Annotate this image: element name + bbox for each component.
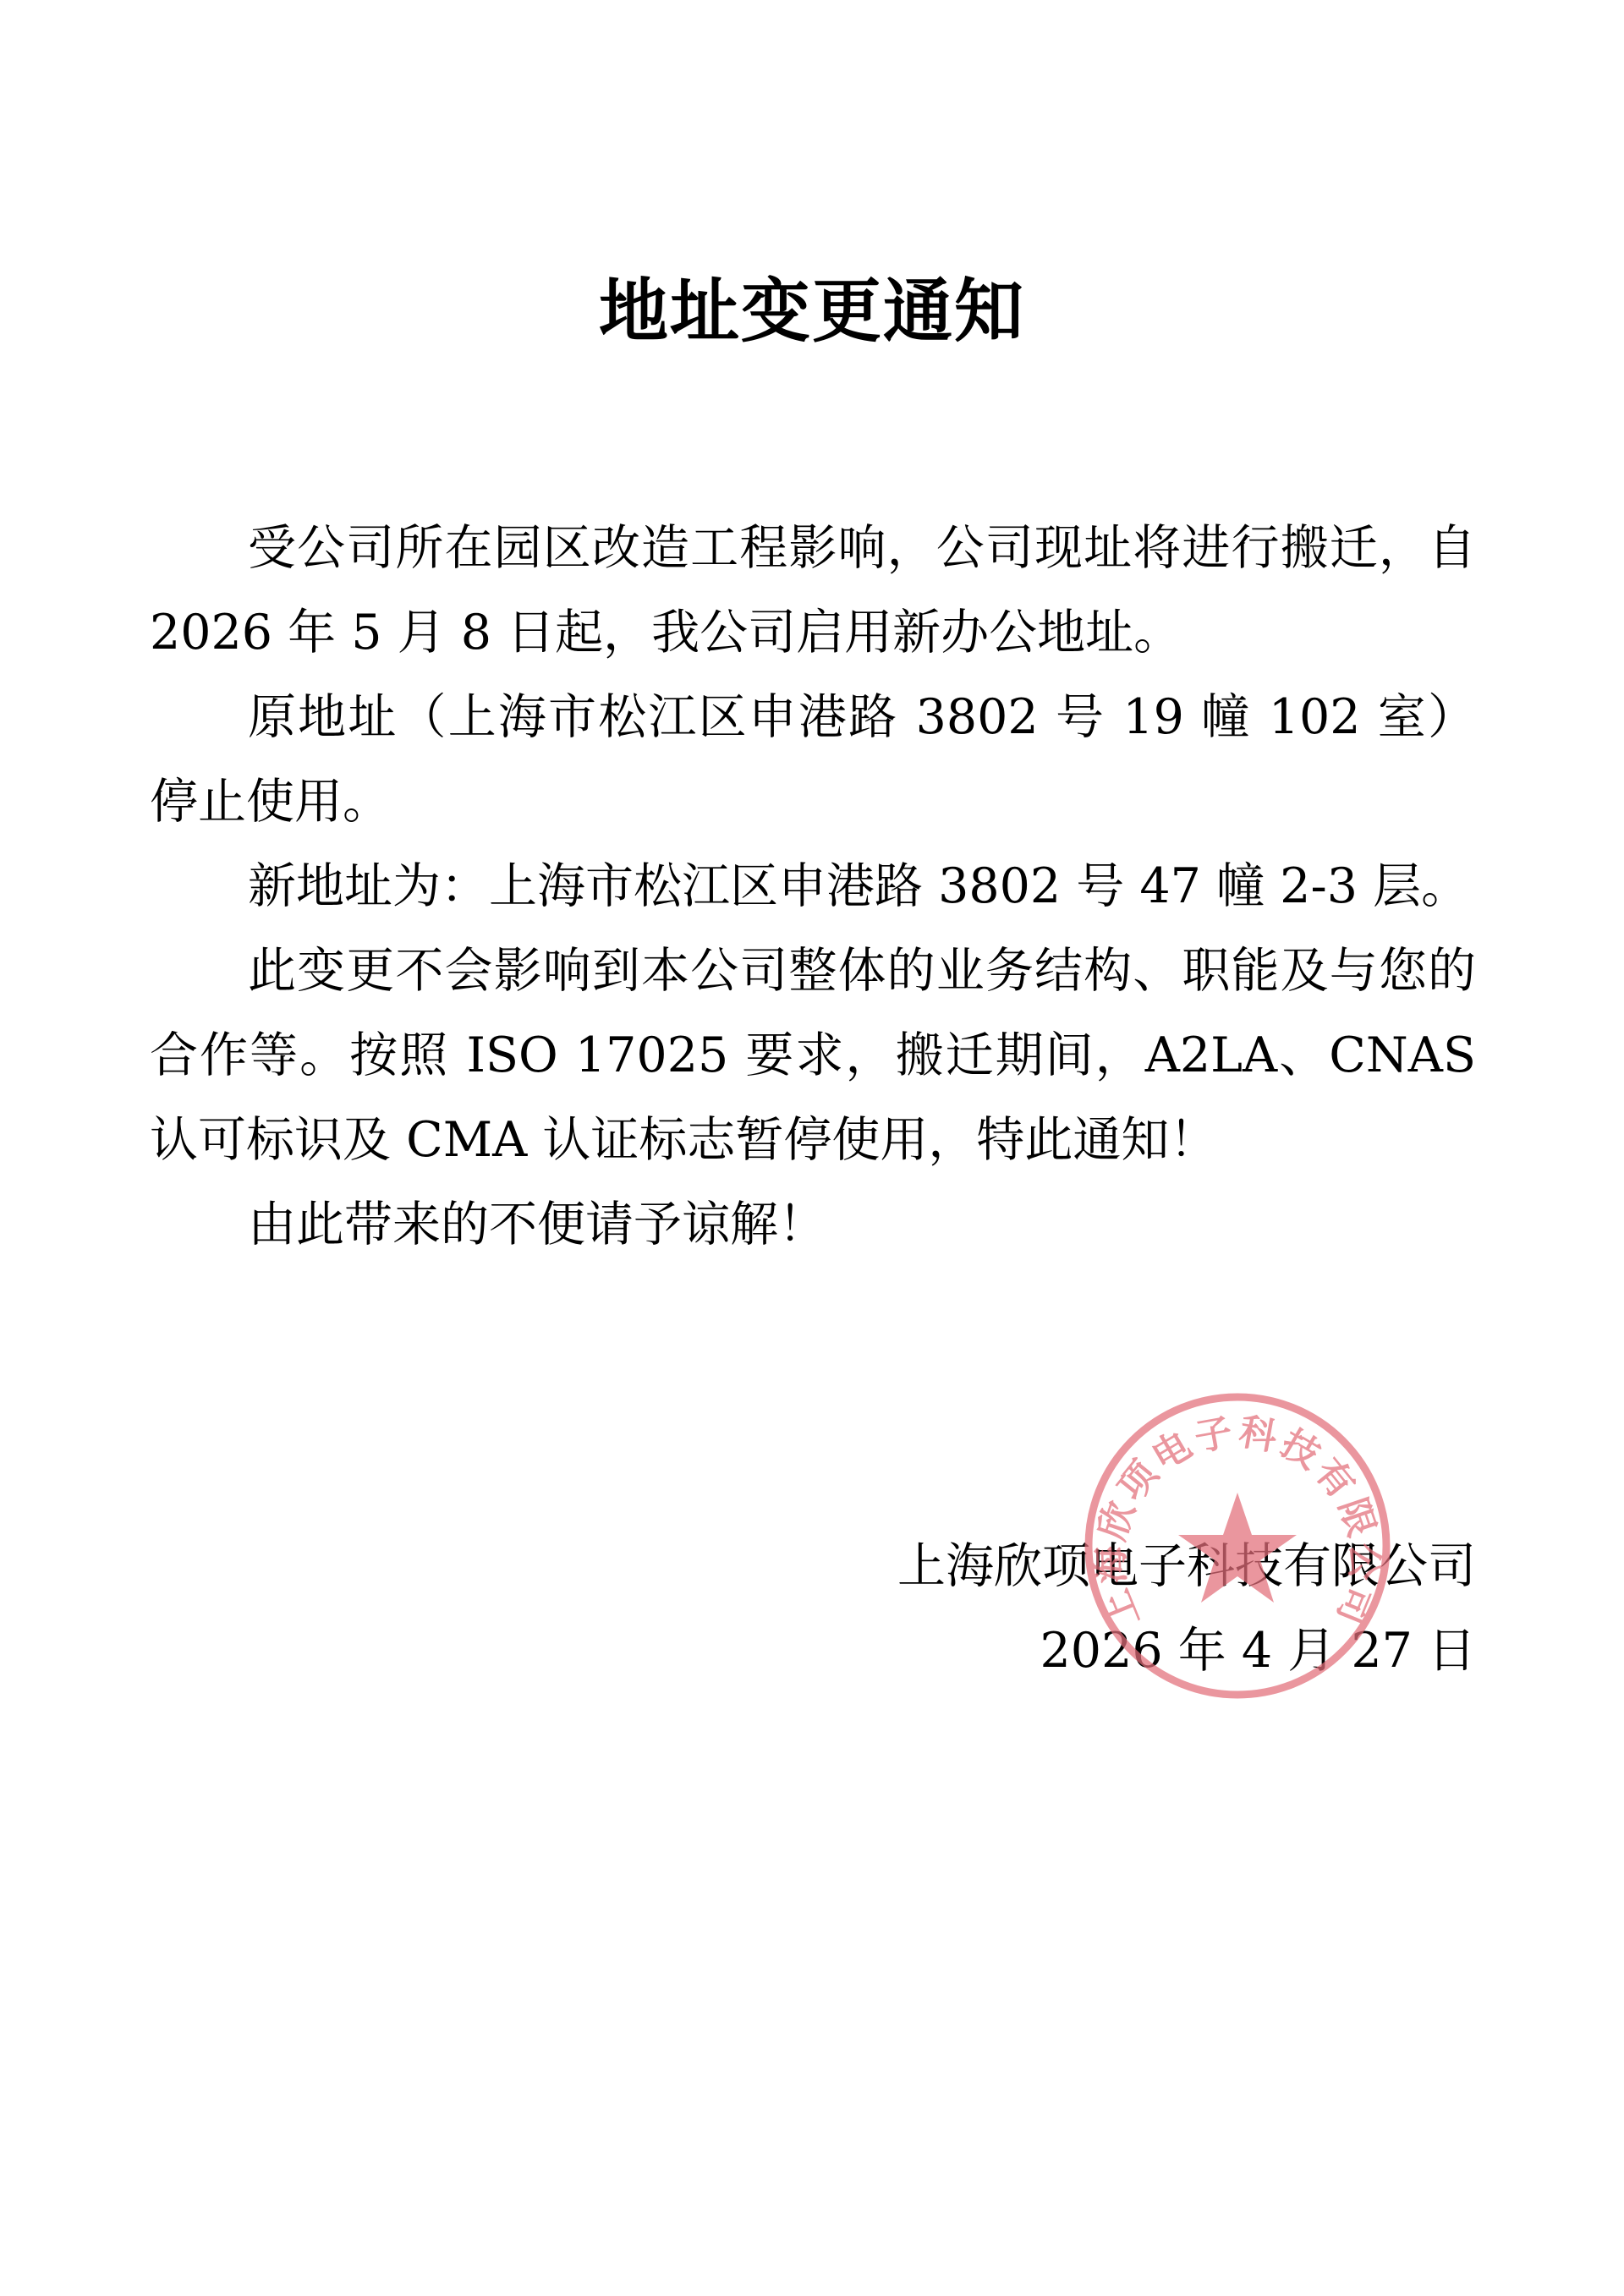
paragraph-relocation: 受公司所在园区改造工程影响，公司现址将进行搬迁，自2026 年 5 月 8 日起… (150, 506, 1476, 675)
paragraph-old-address: 原地址（上海市松江区申港路 3802 号 19 幢 102 室）停止使用。 (150, 675, 1476, 844)
paragraph-apology: 由此带来的不便请予谅解！ (150, 1182, 1476, 1267)
page-title: 地址变更通知 (0, 265, 1624, 358)
paragraph-impact: 此变更不会影响到本公司整体的业务结构、职能及与您的合作等。按照 ISO 1702… (150, 929, 1476, 1182)
signature-company: 上海欣项电子科技有限公司 (897, 1524, 1476, 1608)
signature-date: 2026 年 4 月 27 日 (1040, 1608, 1476, 1693)
paragraph-new-address: 新地址为：上海市松江区申港路 3802 号 47 幢 2-3 层。 (150, 844, 1476, 929)
notice-body: 受公司所在园区改造工程影响，公司现址将进行搬迁，自2026 年 5 月 8 日起… (150, 506, 1476, 1267)
